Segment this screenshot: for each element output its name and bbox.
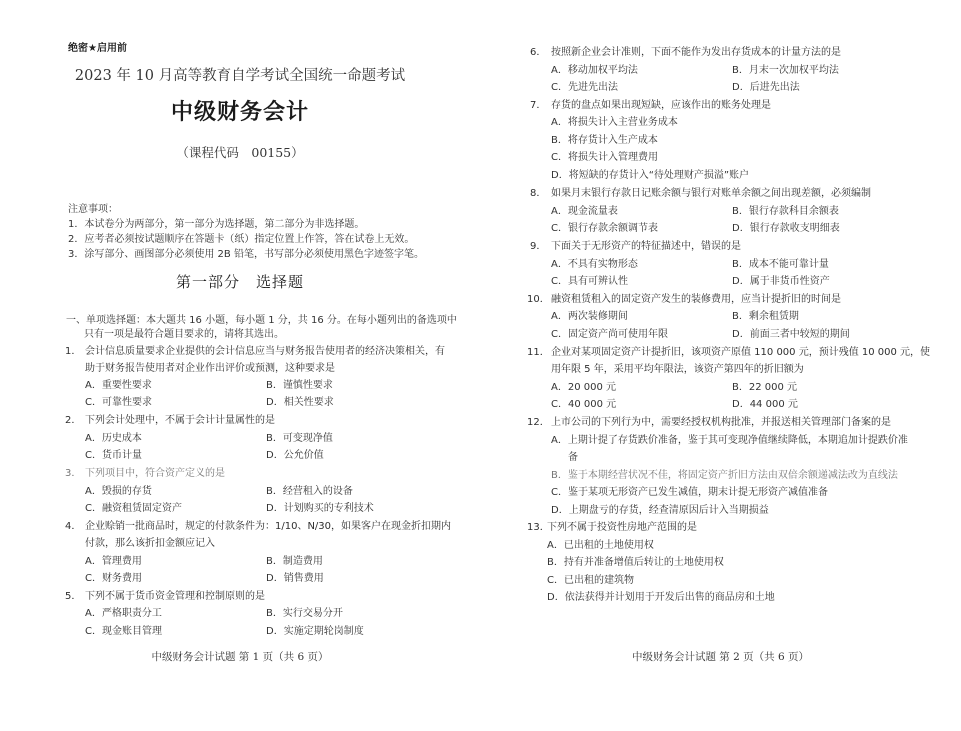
question-text: 上市公司的下列行为中，需要经授权机构批准，并报送相关管理部门备案的是 (551, 413, 891, 428)
option-a: A．两次装修期间 (551, 307, 628, 322)
option-c: C．先进先出法 (551, 78, 618, 93)
question-text: 存货的盘点如果出现短缺，应该作出的账务处理是 (551, 96, 771, 111)
option-d: D．银行存款收支明细表 (732, 219, 840, 234)
option-a: A．将损失计入主营业务成本 (551, 113, 678, 128)
question-text: 助于财务报告使用者对企业作出评价或预测，这种要求是 (85, 359, 335, 374)
notice-item: 1．本试卷分为两部分，第一部分为选择题，第二部分为非选择题。 (68, 215, 364, 230)
option-d: D．实施定期轮岗制度 (266, 622, 364, 637)
part-title: 第一部分 选择题 (0, 271, 480, 292)
option-b: B．制造费用 (266, 552, 323, 567)
option-d: D．公允价值 (266, 446, 324, 461)
option-b: B．鉴于本期经营状况不佳，将固定资产折旧方法由双倍余额递减法改为直线法 (551, 466, 898, 481)
question-number: 3． (65, 464, 81, 479)
option-b: B．实行交易分开 (266, 604, 343, 619)
question-text: 付款，那么该折扣金额应记入 (85, 534, 215, 549)
option-d: D．依法获得并计划用于开发后出售的商品房和土地 (547, 588, 775, 603)
notice-heading: 注意事项： (68, 200, 118, 215)
option-a-continued: 备 (568, 448, 578, 463)
page-footer: 中级财务会计试题 第 1 页（共 6 页） (0, 649, 480, 664)
option-c: C．固定资产尚可使用年限 (551, 325, 668, 340)
question-number: 1． (65, 342, 81, 357)
course-code: （课程代码 00155） (0, 143, 480, 161)
question-text: 如果月末银行存款日记账余额与银行对账单余额之间出现差额，必须编制 (551, 184, 871, 199)
option-d: D．属于非货币性资产 (732, 272, 830, 287)
option-d: D．上期盘亏的存货，经查清原因后计入当期损益 (551, 501, 769, 516)
question-text: 会计信息质量要求企业提供的会计信息应当与财务报告使用者的经济决策相关，有 (85, 342, 445, 357)
question-number: 6． (530, 43, 546, 58)
option-c: C．可靠性要求 (85, 393, 152, 408)
question-text: 下面关于无形资产的特征描述中，错误的是 (551, 237, 741, 252)
confidential-label: 绝密★启用前 (68, 39, 127, 54)
option-b: B．22 000 元 (732, 378, 797, 393)
subject-title: 中级财务会计 (0, 95, 480, 126)
option-c: C．将损失计入管理费用 (551, 148, 658, 163)
option-a: A．已出租的土地使用权 (547, 536, 654, 551)
option-a: A．移动加权平均法 (551, 61, 638, 76)
option-a: A．历史成本 (85, 429, 142, 444)
option-c: C．融资租赁固定资产 (85, 499, 182, 514)
option-c: C．具有可辨认性 (551, 272, 628, 287)
option-d: D．销售费用 (266, 569, 324, 584)
option-a: A．毁损的存货 (85, 482, 152, 497)
option-a: A．严格职责分工 (85, 604, 162, 619)
option-b: B．成本不能可靠计量 (732, 255, 829, 270)
option-a: A．现金流量表 (551, 202, 618, 217)
option-c: C．财务费用 (85, 569, 142, 584)
section-intro: 只有一项是最符合题目要求的，请将其选出。 (84, 325, 284, 340)
question-text: 企业对某项固定资产计提折旧，该项资产原值 110 000 元，预计残值 10 0… (551, 343, 930, 358)
exam-title: 2023 年 10 月高等教育自学考试全国统一命题考试 (0, 64, 480, 85)
option-a: A．不具有实物形态 (551, 255, 638, 270)
option-c: C．鉴于某项无形资产已发生减值，期末计提无形资产减值准备 (551, 483, 828, 498)
option-b: B．剩余租赁期 (732, 307, 799, 322)
exam-page-2: 6． 按照新企业会计准则，下面不能作为发出存货成本的计量方法的是 A．移动加权平… (480, 0, 961, 731)
question-number: 8． (530, 184, 546, 199)
option-a: A．重要性要求 (85, 376, 152, 391)
question-number: 4． (65, 517, 81, 532)
option-a: A．上期计提了存货跌价准备，鉴于其可变现净值继续降低，本期追加计提跌价准 (551, 431, 908, 446)
option-c: C．银行存款余额调节表 (551, 219, 658, 234)
option-d: D．44 000 元 (732, 395, 798, 410)
question-text: 下列不属于货币资金管理和控制原则的是 (85, 587, 265, 602)
option-b: B．银行存款科目余额表 (732, 202, 839, 217)
question-text: 下列不属于投资性房地产范围的是 (547, 518, 697, 533)
question-number: 9． (530, 237, 546, 252)
option-c: C．货币计量 (85, 446, 142, 461)
option-b: B．月末一次加权平均法 (732, 61, 839, 76)
option-a: A．20 000 元 (551, 378, 616, 393)
option-b: B．谨慎性要求 (266, 376, 333, 391)
question-text: 用年限 5 年，采用平均年限法，该资产第四年的折旧额为 (551, 360, 804, 375)
option-b: B．持有并准备增值后转让的土地使用权 (547, 553, 724, 568)
question-text: 企业赊销一批商品时，规定的付款条件为：1/10、N/30，如果客户在现金折扣期内 (85, 517, 451, 532)
option-b: B．将存货计入生产成本 (551, 131, 658, 146)
option-a: A．管理费用 (85, 552, 142, 567)
option-d: D．前面三者中较短的期间 (732, 325, 850, 340)
option-d: D．相关性要求 (266, 393, 334, 408)
exam-page-1: 绝密★启用前 2023 年 10 月高等教育自学考试全国统一命题考试 中级财务会… (0, 0, 480, 731)
question-number: 11． (527, 343, 550, 358)
option-c: C．40 000 元 (551, 395, 616, 410)
question-number: 10． (527, 290, 550, 305)
question-number: 2． (65, 411, 81, 426)
option-c: C．现金账目管理 (85, 622, 162, 637)
question-number: 7． (530, 96, 546, 111)
option-d: D．将短缺的存货计入“待处理财产损溢”账户 (551, 166, 749, 181)
question-text: 融资租赁租入的固定资产发生的装修费用，应当计提折旧的时间是 (551, 290, 841, 305)
notice-item: 2．应考者必须按试题顺序在答题卡（纸）指定位置上作答，答在试卷上无效。 (68, 230, 414, 245)
question-text: 下列项目中，符合资产定义的是 (85, 464, 225, 479)
option-c: C．已出租的建筑物 (547, 571, 634, 586)
option-d: D．计划购买的专利技术 (266, 499, 374, 514)
option-d: D．后进先出法 (732, 78, 800, 93)
question-number: 5． (65, 587, 81, 602)
question-number: 12． (527, 413, 550, 428)
option-b: B．可变现净值 (266, 429, 333, 444)
question-text: 按照新企业会计准则，下面不能作为发出存货成本的计量方法的是 (551, 43, 841, 58)
question-text: 下列会计处理中，不属于会计计量属性的是 (85, 411, 275, 426)
notice-item: 3．涂写部分、画图部分必须使用 2B 铅笔，书写部分必须使用黑色字迹签字笔。 (68, 245, 424, 260)
option-b: B．经营租入的设备 (266, 482, 353, 497)
section-intro: 一、单项选择题：本大题共 16 小题，每小题 1 分，共 16 分。在每小题列出… (66, 311, 457, 326)
page-footer: 中级财务会计试题 第 2 页（共 6 页） (480, 649, 961, 664)
